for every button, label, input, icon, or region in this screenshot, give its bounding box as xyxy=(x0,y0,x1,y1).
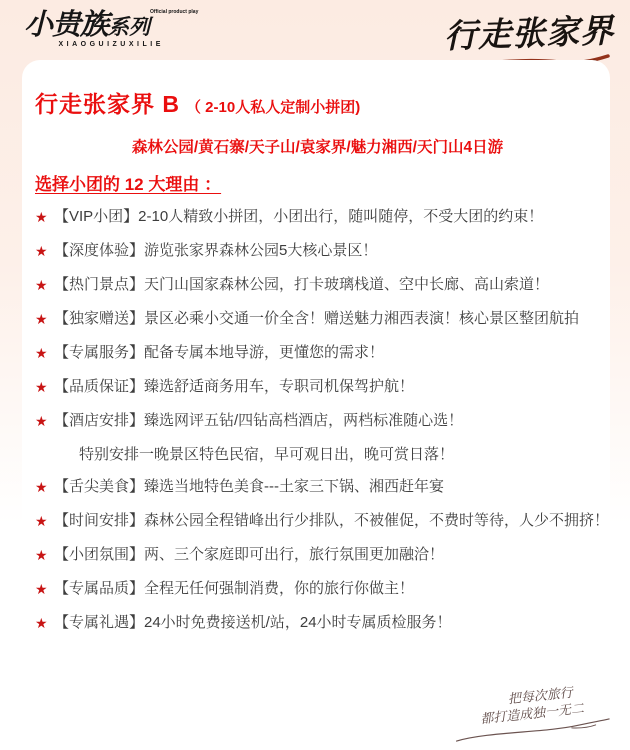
reason-item: ★ 【专属品质】全程无任何强制消费，你的旅行你做主！ xyxy=(35,579,600,599)
reason-text: 【时间安排】森林公园全程错峰出行少排队，不被催促，不费时等待，人少不拥挤！ xyxy=(54,511,609,531)
reason-text: 【专属服务】配备专属本地导游，更懂您的需求！ xyxy=(54,343,384,363)
star-icon: ★ xyxy=(35,241,54,261)
reason-item: ★ 【专属服务】配备专属本地导游，更懂您的需求！ xyxy=(35,343,600,363)
star-icon: ★ xyxy=(35,545,54,565)
page-title-main: 行走张家界 B xyxy=(35,91,180,117)
star-icon: ★ xyxy=(35,275,54,295)
reason-text: 【品质保证】臻选舒适商务用车，专职司机保驾护航！ xyxy=(54,377,414,397)
reason-item: ★ 【热门景点】天门山国家森林公园，打卡玻璃栈道、空中长廊、高山索道！ xyxy=(35,275,600,295)
reason-text: 【舌尖美食】臻选当地特色美食---土家三下锅、湘西赶年宴 xyxy=(54,477,444,497)
star-icon: ★ xyxy=(35,343,54,363)
reason-text: 【专属品质】全程无任何强制消费，你的旅行你做主！ xyxy=(54,579,414,599)
reason-item: ★ 【酒店安排】臻选网评五钻/四钻高档酒店，两档标准随心选！ xyxy=(35,411,600,431)
brand-logo-pinyin: XIAOGUIZUXILIE xyxy=(24,41,198,48)
page-title-suffix: （ 2-10人私人定制小拼团) xyxy=(186,99,360,116)
reason-item: ★ 【专属礼遇】24小时免费接送机/站，24小时专属质检服务！ xyxy=(35,613,600,633)
reason-item: ★ 【时间安排】森林公园全程错峰出行少排队，不被催促，不费时等待，人少不拥挤！ xyxy=(35,511,600,531)
page-title: 行走张家界 B（ 2-10人私人定制小拼团) xyxy=(35,86,600,119)
brand-logo-xiaoguizu: 小贵族系列Official product play XIAOGUIZUXILI… xyxy=(24,10,198,48)
star-icon: ★ xyxy=(35,411,54,431)
reason-text: 特别安排一晚景区特色民宿，早可观日出，晚可赏日落！ xyxy=(79,445,454,465)
reason-text: 【热门景点】天门山国家森林公园，打卡玻璃栈道、空中长廊、高山索道！ xyxy=(54,275,549,295)
star-icon: ★ xyxy=(35,207,54,227)
reason-item: ★ 【品质保证】臻选舒适商务用车，专职司机保驾护航！ xyxy=(35,377,600,397)
brand-logo-small-text: 系列 xyxy=(108,14,150,39)
brand-logo-superscript: Official product play xyxy=(150,9,198,15)
reason-item-continuation: 特别安排一晚景区特色民宿，早可观日出，晚可赏日落！ xyxy=(35,445,600,465)
star-icon: ★ xyxy=(35,377,54,397)
reason-text: 【VIP小团】2-10人精致小拼团，小团出行，随叫随停，不受大团的约束！ xyxy=(54,207,543,227)
star-icon: ★ xyxy=(35,511,54,531)
brand-logo-big-text: 小贵族 xyxy=(24,7,108,41)
brand-logo-main-text: 小贵族系列Official product play xyxy=(24,10,198,39)
reasons-heading: 选择小团的 12 大理由 ： xyxy=(35,170,221,195)
reason-text: 【深度体验】游览张家界森林公园5大核心景区！ xyxy=(54,241,377,261)
route-subtitle: 森林公园/黄石寨/天子山/袁家界/魅力湘西/天门山4日游 xyxy=(35,135,600,157)
reason-item: ★ 【VIP小团】2-10人精致小拼团，小团出行，随叫随停，不受大团的约束！ xyxy=(35,207,600,227)
reasons-list: ★ 【VIP小团】2-10人精致小拼团，小团出行，随叫随停，不受大团的约束！ ★… xyxy=(35,207,600,633)
poster-page: 小贵族系列Official product play XIAOGUIZUXILI… xyxy=(0,0,630,750)
star-icon: ★ xyxy=(35,309,54,329)
brand-calligraphy-text: 行走张家界 xyxy=(423,5,615,59)
reason-item: ★ 【小团氛围】两、三个家庭即可出行，旅行氛围更加融洽！ xyxy=(35,545,600,565)
reason-item: ★ 【舌尖美食】臻选当地特色美食---土家三下锅、湘西赶年宴 xyxy=(35,477,600,497)
reason-text: 【专属礼遇】24小时免费接送机/站，24小时专属质检服务！ xyxy=(54,613,452,633)
reason-item: ★ 【独家赠送】景区必乘小交通一价全含！赠送魅力湘西表演！核心景区整团航拍 xyxy=(35,309,600,329)
reason-text: 【独家赠送】景区必乘小交通一价全含！赠送魅力湘西表演！核心景区整团航拍 xyxy=(54,309,579,329)
reason-text: 【小团氛围】两、三个家庭即可出行，旅行氛围更加融洽！ xyxy=(54,545,444,565)
content-card: 行走张家界 B（ 2-10人私人定制小拼团) 森林公园/黄石寨/天子山/袁家界/… xyxy=(22,60,610,750)
reason-item: ★ 【深度体验】游览张家界森林公园5大核心景区！ xyxy=(35,241,600,261)
star-icon: ★ xyxy=(35,579,54,599)
star-icon: ★ xyxy=(35,477,54,497)
star-icon: ★ xyxy=(35,613,54,633)
reason-text: 【酒店安排】臻选网评五钻/四钻高档酒店，两档标准随心选！ xyxy=(54,411,463,431)
